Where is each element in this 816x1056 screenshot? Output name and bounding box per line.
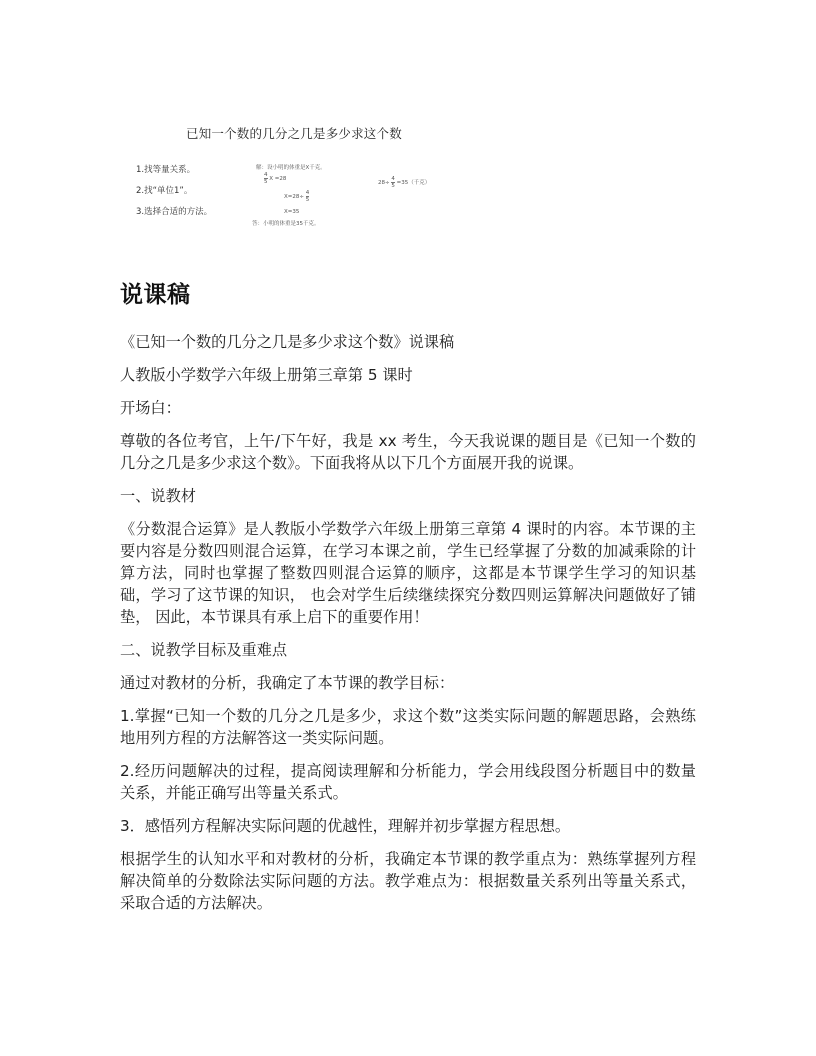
key-difficult-points-paragraph: 根据学生的认知水平和对教材的分析，我确定本节课的教学重点为：熟练掌握列方程解决简… [120,848,696,914]
figure-check-equation: 28÷ 4 5 =35（千克） [378,176,430,189]
figure-steps-list: 1.找等量关系。 2.找“单位1”。 3.选择合适的方法。 [136,163,212,226]
figure-step: 2.找“单位1”。 [136,184,212,205]
document-heading: 说课稿 [120,276,191,309]
opening-label: 开场白： [120,397,696,419]
document-page: 已知一个数的几分之几是多少求这个数 1.找等量关系。 2.找“单位1”。 3.选… [0,0,816,1056]
objective-2: 2.经历问题解决的过程，提高阅读理解和分析能力，学会用线段图分析题目中的数量关系… [120,760,696,804]
fraction: 4 5 [306,190,310,203]
figure-step: 1.找等量关系。 [136,163,212,184]
solution-equation-2: X=28÷ 4 5 [284,190,309,203]
objectives-intro-paragraph: 通过对教材的分析，我确定了本节课的教学目标： [120,672,696,694]
objective-3: 3．感悟列方程解决实际问题的优越性，理解并初步掌握方程思想。 [120,815,696,837]
fraction: 4 5 [391,176,395,189]
textbook-info-paragraph: 人教版小学数学六年级上册第三章第 5 课时 [120,364,696,386]
fraction: 4 5 [264,172,268,185]
section-heading-objectives: 二、说教学目标及重难点 [120,639,696,661]
opening-paragraph: 尊敬的各位考官，上午/下午好，我是 xx 考生，今天我说课的题目是《已知一个数的… [120,430,696,474]
solution-answer: 答：小明的体重是35千克。 [252,219,320,227]
solution-equation-3: X=35 [284,209,299,215]
lesson-figure: 已知一个数的几分之几是多少求这个数 1.找等量关系。 2.找“单位1”。 3.选… [120,108,500,230]
figure-step: 3.选择合适的方法。 [136,205,212,226]
lesson-title-paragraph: 《已知一个数的几分之几是多少求这个数》说课稿 [120,331,696,353]
document-body: 《已知一个数的几分之几是多少求这个数》说课稿 人教版小学数学六年级上册第三章第 … [120,331,696,925]
figure-title: 已知一个数的几分之几是多少求这个数 [186,124,402,142]
textbook-analysis-paragraph: 《分数混合运算》是人教版小学数学六年级上册第三章第 4 课时的内容。本节课的主要… [120,518,696,628]
section-heading-textbook: 一、说教材 [120,485,696,507]
objective-1: 1.掌握“已知一个数的几分之几是多少，求这个数”这类实际问题的解题思路，会熟练地… [120,705,696,749]
figure-solution: 解：设小明的体重是X千克。 4 5 X =28 X=28÷ 4 5 X=35 答… [256,163,416,227]
solution-setup: 解：设小明的体重是X千克。 [256,163,326,171]
solution-equation-1: 4 5 X =28 [264,172,286,185]
